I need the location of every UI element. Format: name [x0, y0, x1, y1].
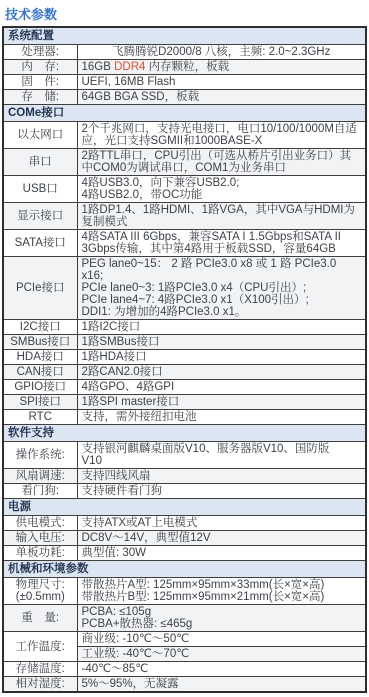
spec-value: 1路SPI master接口 [77, 395, 366, 410]
spec-row: SPI接口 1路SPI master接口 [3, 395, 366, 410]
spec-value: 商业级: -10℃～50℃ [77, 632, 366, 647]
section-header: 电源 [3, 499, 366, 516]
spec-row: I2C接口 1路I2C接口 [3, 320, 366, 335]
value-text: 16GB [82, 61, 115, 73]
spec-row: 风扇调速: 支持四线风扇 [3, 469, 366, 484]
spec-row: HDA接口 1路HDA接口 [3, 350, 366, 365]
page: 技术参数 系统配置 处理器: 飞腾腾锐D2000/8 八核，主频: 2.0~2.… [0, 0, 369, 697]
spec-row: 物理尺寸: (±0.5mm) 带散热片A型: 125mm×95mm×33mm(长… [3, 578, 366, 605]
spec-row: SMBus接口 1路SMBus接口 [3, 335, 366, 350]
spec-row: SATA接口 4路SATA III 6Gbps，兼容SATA I 1.5Gbps… [3, 230, 366, 257]
spec-label: 固 件: [3, 75, 77, 90]
spec-label: 输入电压: [3, 531, 77, 546]
spec-label: 工作温度: [3, 632, 77, 662]
spec-row: 输入电压: DC8V～14V，典型值12V [3, 531, 366, 546]
page-title: 技术参数 [2, 2, 367, 26]
spec-row: 内 存: 16GB DDR4 内存颗粒，板载 [3, 60, 366, 75]
spec-row: 存 储: 64GB BGA SSD，板载 [3, 90, 366, 105]
spec-value: 带散热片A型: 125mm×95mm×33mm(长×宽×高) 带散热片B型: 1… [77, 578, 366, 605]
spec-row: 固 件: UEFI, 16MB Flash [3, 75, 366, 90]
spec-label: GPIO接口 [3, 380, 77, 395]
spec-row: 看门狗: 支持硬件看门狗 [3, 484, 366, 499]
spec-value: 支持ATX或AT上电模式 [77, 516, 366, 531]
spec-row: 操作系统: 支持银河麒麟桌面版V10、服务器版V10、国防版 V10 [3, 442, 366, 469]
spec-value: UEFI, 16MB Flash [77, 75, 366, 90]
spec-value: 工业级: -40℃～70℃ [77, 647, 366, 662]
spec-value: 64GB BGA SSD，板载 [77, 90, 366, 105]
spec-row: CAN接口 2路CAN2.0接口 [3, 365, 366, 380]
spec-row: 处理器: 飞腾腾锐D2000/8 八核，主频: 2.0~2.3GHz [3, 45, 366, 60]
spec-value: 5%～95%，无凝露 [77, 677, 366, 693]
spec-value: DC8V～14V，典型值12V [77, 531, 366, 546]
spec-label: 重 量: [3, 605, 77, 632]
spec-label: 物理尺寸: (±0.5mm) [3, 578, 77, 605]
section-header: 机械和环境参数 [3, 561, 366, 578]
spec-label: HDA接口 [3, 350, 77, 365]
spec-label: 风扇调速: [3, 469, 77, 484]
section-header: COMe接口 [3, 105, 366, 122]
spec-value: 1路I2C接口 [77, 320, 366, 335]
section-row: 机械和环境参数 [3, 561, 366, 578]
ddr4-highlight: DDR4 [114, 61, 145, 73]
spec-row: 存储温度: -40℃～85℃ [3, 662, 366, 677]
spec-label: 供电模式: [3, 516, 77, 531]
spec-row: USB口 4路USB3.0，向下兼容USB2.0; 4路USB2.0，带OC功能 [3, 176, 366, 203]
spec-row: RTC 支持，需外接纽扣电池 [3, 410, 366, 425]
spec-value: 支持四线风扇 [77, 469, 366, 484]
spec-table: 系统配置 处理器: 飞腾腾锐D2000/8 八核，主频: 2.0~2.3GHz … [2, 26, 367, 693]
spec-value: -40℃～85℃ [77, 662, 366, 677]
spec-value: 1路HDA接口 [77, 350, 366, 365]
spec-label: PCIe接口 [3, 257, 77, 320]
section-row: COMe接口 [3, 105, 366, 122]
spec-label: 操作系统: [3, 442, 77, 469]
spec-value: 2路TTL串口，CPU引出（可选从桥片引出业务口）其中COM0为调试串口，COM… [77, 149, 366, 176]
spec-row: 串口 2路TTL串口，CPU引出（可选从桥片引出业务口）其中COM0为调试串口，… [3, 149, 366, 176]
spec-row: 重 量: PCBA: ≤105g PCBA+散热器: ≤465g [3, 605, 366, 632]
spec-row: 相对湿度: 5%～95%，无凝露 [3, 677, 366, 693]
spec-value: PEG lane0~15： 2 路 PCIe3.0 x8 或 1 路 PCIe3… [77, 257, 366, 320]
value-text: 内存颗粒，板载 [145, 61, 229, 73]
section-row: 电源 [3, 499, 366, 516]
spec-label: 显示接口 [3, 203, 77, 230]
spec-value: 支持银河麒麟桌面版V10、服务器版V10、国防版 V10 [77, 442, 366, 469]
section-header: 软件支持 [3, 425, 366, 442]
spec-label: 看门狗: [3, 484, 77, 499]
spec-label: 处理器: [3, 45, 77, 60]
spec-value: 典型值: 30W [77, 546, 366, 561]
spec-value: 飞腾腾锐D2000/8 八核，主频: 2.0~2.3GHz [77, 45, 366, 60]
spec-label: SATA接口 [3, 230, 77, 257]
spec-label: CAN接口 [3, 365, 77, 380]
spec-value: 4路GPO、4路GPI [77, 380, 366, 395]
spec-label: 内 存: [3, 60, 77, 75]
section-header: 系统配置 [3, 27, 366, 45]
spec-value: 1路SMBus接口 [77, 335, 366, 350]
spec-value: 支持硬件看门狗 [77, 484, 366, 499]
spec-label: RTC [3, 410, 77, 425]
spec-row: 供电模式: 支持ATX或AT上电模式 [3, 516, 366, 531]
section-row: 软件支持 [3, 425, 366, 442]
spec-label: 单板功耗: [3, 546, 77, 561]
spec-row: PCIe接口 PEG lane0~15： 2 路 PCIe3.0 x8 或 1 … [3, 257, 366, 320]
spec-value: 支持，需外接纽扣电池 [77, 410, 366, 425]
spec-value: 16GB DDR4 内存颗粒，板载 [77, 60, 366, 75]
spec-label: SMBus接口 [3, 335, 77, 350]
spec-value: 1路DP1.4、1路HDMI、1路VGA，其中VGA与HDMI为复制模式 [77, 203, 366, 230]
spec-label: I2C接口 [3, 320, 77, 335]
spec-label: 串口 [3, 149, 77, 176]
spec-label: 以太网口 [3, 122, 77, 149]
spec-row: GPIO接口 4路GPO、4路GPI [3, 380, 366, 395]
section-row: 系统配置 [3, 27, 366, 45]
spec-label: SPI接口 [3, 395, 77, 410]
spec-row: 以太网口 2个千兆网口，支持光电接口，电口10/100/1000M自适应，光口支… [3, 122, 366, 149]
spec-row: 单板功耗: 典型值: 30W [3, 546, 366, 561]
spec-label: 相对湿度: [3, 677, 77, 693]
spec-label: 存 储: [3, 90, 77, 105]
spec-label: USB口 [3, 176, 77, 203]
spec-value: 2个千兆网口，支持光电接口，电口10/100/1000M自适应，光口支持SGMI… [77, 122, 366, 149]
spec-row: 工作温度: 商业级: -10℃～50℃ [3, 632, 366, 647]
spec-row: 显示接口 1路DP1.4、1路HDMI、1路VGA，其中VGA与HDMI为复制模… [3, 203, 366, 230]
spec-value: 2路CAN2.0接口 [77, 365, 366, 380]
spec-label: 存储温度: [3, 662, 77, 677]
spec-value: 4路USB3.0，向下兼容USB2.0; 4路USB2.0，带OC功能 [77, 176, 366, 203]
spec-value: PCBA: ≤105g PCBA+散热器: ≤465g [77, 605, 366, 632]
spec-value: 4路SATA III 6Gbps，兼容SATA I 1.5Gbps和SATA I… [77, 230, 366, 257]
